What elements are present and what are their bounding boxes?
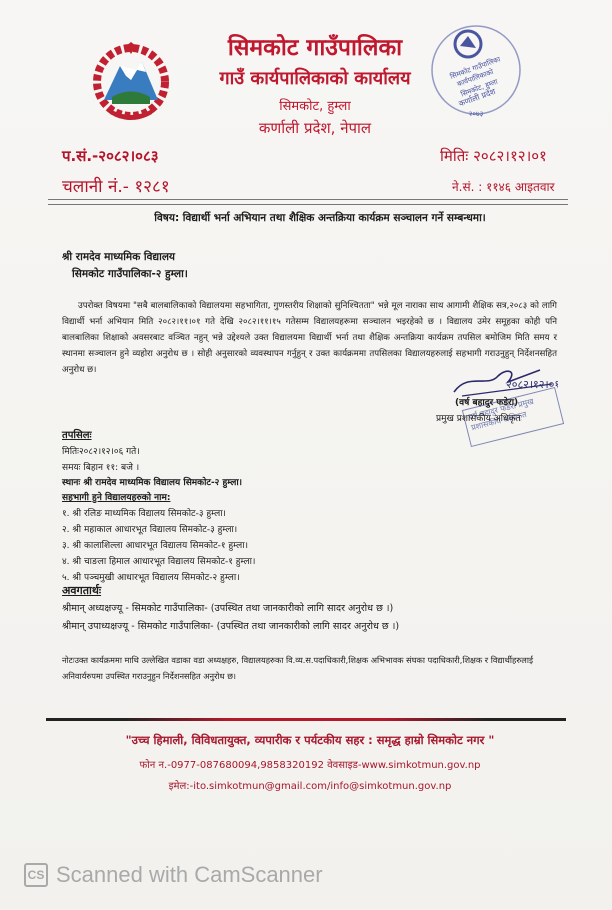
cc-heading: अवगतार्थः: [62, 583, 101, 598]
signatory-title: प्रमुख प्रशासकीय अधिकृत: [436, 411, 521, 424]
header-divider: [48, 199, 568, 205]
event-venue: स्थानः श्री रामदेव माध्यमिक विद्यालय सिम…: [62, 475, 242, 488]
camscanner-watermark: CS Scanned with CamScanner: [24, 862, 323, 888]
office-stamp-icon: सिमकोट गाउँपालिका कार्यपालिकाको सिमकोट, …: [428, 18, 524, 122]
school-list-item: ३. श्री कालाशिल्ला आधारभूत विद्यालय सिमक…: [62, 538, 248, 551]
school-list-item: १. श्री रलिङ माध्यमिक विद्यालय सिमकोट-३ …: [62, 506, 226, 519]
addressee-name: श्री रामदेव माध्यमिक विद्यालय: [62, 250, 175, 264]
reference-number: प.सं.-२०८२।०८३: [62, 146, 159, 166]
dispatch-number: चलानी नं.- १२८१: [62, 174, 170, 197]
cc-list-item: श्रीमान् उपाध्यक्षज्यू - सिमकोट गाउँपालि…: [62, 619, 399, 632]
addressee-address: सिमकोट गाउँपालिका-२ हुम्ला।: [72, 267, 188, 281]
note-text: नोटःउक्त कार्यक्रममा माथि उल्लेखित वडाका…: [62, 652, 562, 684]
office-province: कर्णाली प्रदेश, नेपाल: [200, 118, 430, 138]
nepal-sambat-date: ने.सं. : ११४६ आइतवार: [452, 178, 555, 195]
scanned-letter-page: सिमकोट गाउँपालिका गाउँ कार्यपालिकाको कार…: [0, 0, 612, 910]
camscanner-logo-icon: CS: [24, 863, 48, 887]
event-time: समयः बिहान ११: बजे ।: [62, 460, 139, 473]
office-location: सिमकोट, हुम्ला: [200, 96, 430, 114]
nepal-emblem-icon: [86, 42, 176, 126]
footer-email: इमेल:-ito.simkotmun@gmail.com/info@simko…: [60, 778, 560, 792]
school-list-item: ४. श्री चाङला हिमाल आधारभूत विद्यालय सिम…: [62, 554, 255, 567]
school-list-item: ५. श्री पञ्चमुखी आधारभूत विद्यालय सिमकोट…: [62, 570, 240, 583]
svg-text:२०७३: २०७३: [469, 110, 484, 118]
schools-heading: सहभागी हुने विद्यालयहरुको नाम:: [62, 490, 170, 503]
subject-line: विषय: विद्यार्थी भर्ना अभियान तथा शैक्षि…: [80, 211, 560, 225]
office-name: गाउँ कार्यपालिकाको कार्यालय: [180, 66, 450, 90]
details-heading: तपसिलः: [62, 427, 92, 441]
letter-date: मितिः २०८२।१२।०१: [440, 146, 547, 166]
school-list-item: २. श्री महाकाल आधारभूत विद्यालय सिमकोट-३…: [62, 522, 237, 535]
event-date: मितिः२०८२।१२।०६ गते।: [62, 444, 140, 457]
cc-list-item: श्रीमान् अध्यक्षज्यू - सिमकोट गाउँपालिका…: [62, 601, 393, 614]
org-name: सिमकोट गाउँपालिका: [200, 30, 430, 62]
footer-slogan: "उच्च हिमाली, विविधतायुक्त, व्यपारीक र प…: [60, 733, 560, 748]
signatory-name: (वर्ष बहादुर फडेरा): [455, 395, 518, 408]
camscanner-text: Scanned with CamScanner: [56, 862, 323, 888]
footer-phone-website: फोन न.-0977-087680094,9858320192 वेवसाइड…: [60, 757, 560, 771]
footer-divider: [46, 718, 566, 721]
